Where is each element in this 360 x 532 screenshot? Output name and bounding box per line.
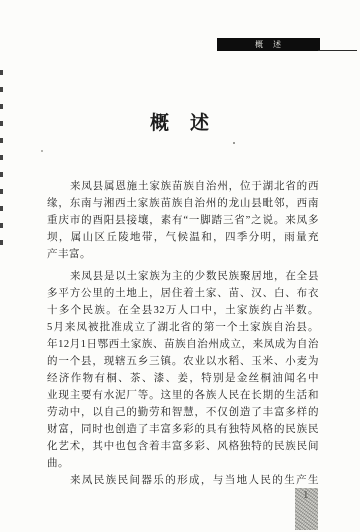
paragraph: 来凤县属恩施土家族苗族自治州，位于湖北省的西南边缘，东南与湘西土家族苗族自治州的… (47, 178, 319, 263)
text-line: 5月来凤被批准成立了湖北省的第一个土家族自治县。1983 (47, 319, 319, 336)
paragraph: 来凤县是以土家族为主的少数民族聚居地，在全县1400多平方公里的土地上，居住着土… (47, 268, 319, 472)
body-text: 来凤县属恩施土家族苗族自治州，位于湖北省的西南边缘，东南与湘西土家族苗族自治州的… (47, 178, 319, 489)
paragraph: 来凤民族民间器乐的形成，与当地人民的生产生活、审 (47, 472, 319, 489)
text-line: 来凤民族民间器乐的形成，与当地人民的生产生活、审 (47, 472, 319, 489)
text-line: 业现主要有水泥厂等。这里的各族人民在长期的生活和生产 (47, 387, 319, 404)
text-line: 十多个民族。在全县32万人口中，土家族约占半数。1980年 (47, 302, 319, 319)
scanned-book-page: 概 述 概 述 来凤县属恩施土家族苗族自治州，位于湖北省的西南边缘，东南与湘西土… (0, 0, 360, 532)
text-line: 财富，同时也创造了丰富多彩的具有独特风格的民族民间文 (47, 421, 319, 438)
text-line: 多平方公里的土地上，居住着土家、苗、汉、白、布衣等 (47, 285, 319, 302)
text-line: 坝，属山区丘陵地带，气候温和，四季分明，雨量充沛，物 (47, 229, 319, 246)
text-line: 劳动中，以自己的勤劳和智慧，不仅创造了丰富多样的物质 (47, 404, 319, 421)
text-line: 经济作物有桐、茶、漆、姜，特别是金丝桐油闻名中外；工 (47, 370, 319, 387)
page-number-smudge: 1 (295, 488, 318, 530)
scan-speck (233, 142, 235, 144)
text-line: 的一个县，现辖五乡三镇。农业以水稻、玉米、小麦为主； (47, 353, 319, 370)
scan-speck (41, 150, 43, 152)
header-rule (318, 50, 357, 51)
text-line: 来凤县是以土家族为主的少数民族聚居地，在全县1400 (47, 268, 319, 285)
text-line: 重庆市的酉阳县接壤，素有“一脚踏三省”之说。来凤多平 (47, 212, 319, 229)
running-header-tab: 概 述 (217, 38, 320, 51)
text-line: 曲。 (47, 455, 319, 472)
text-line: 化艺术，其中也包含着丰富多彩、风格独特的民族民间器乐 (47, 438, 319, 455)
page-number: 1 (303, 489, 309, 501)
text-line: 缘，东南与湘西土家族苗族自治州的龙山县毗邻，西南与 (47, 195, 319, 212)
text-line: 年12月1日鄂西土家族、苗族自治州成立，来凤成为自治州 (47, 336, 319, 353)
chapter-title: 概 述 (0, 108, 360, 135)
text-line: 产丰富。 (47, 246, 319, 263)
scan-edge-artifacts (0, 70, 3, 255)
text-line: 来凤县属恩施土家族苗族自治州，位于湖北省的西南边 (47, 178, 319, 195)
